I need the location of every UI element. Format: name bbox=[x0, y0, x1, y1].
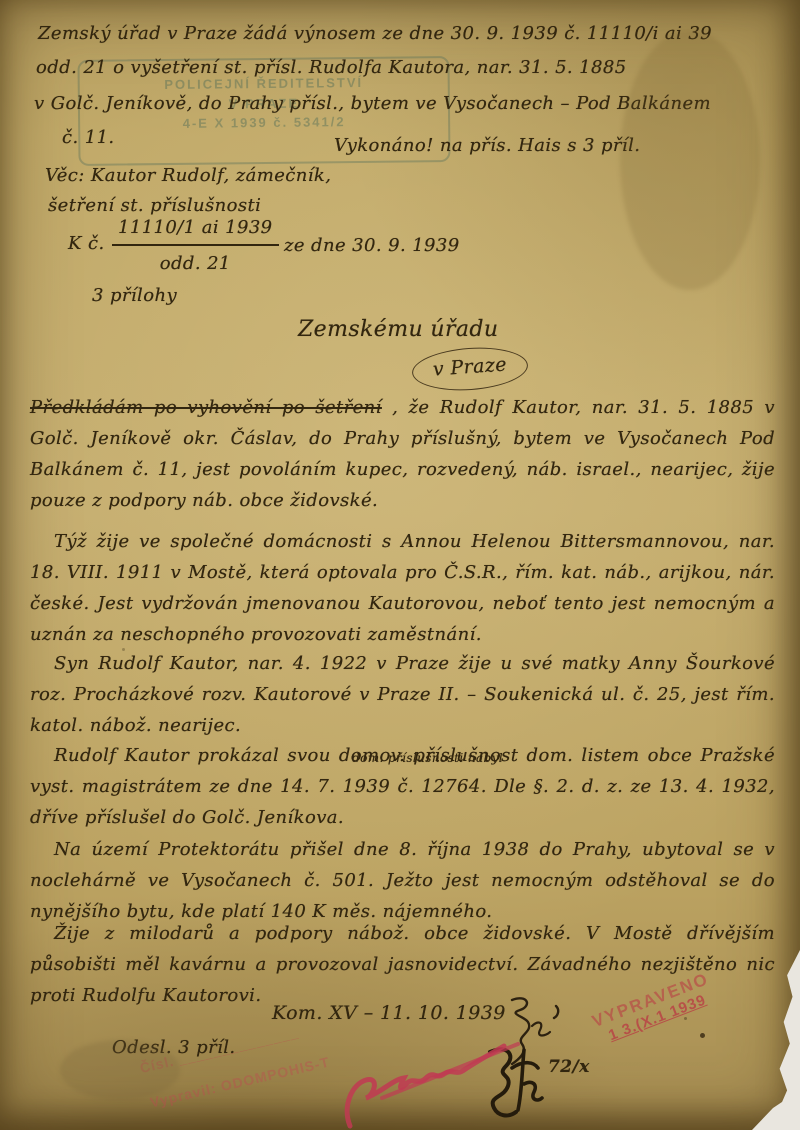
file-number-date: ze dne 30. 9. 1939 bbox=[284, 230, 460, 261]
document-page: POLICEJNÍ ŘEDITELSTVÍ V PRAZE 4-E X 1939… bbox=[0, 0, 800, 1130]
addressee-city-circle: v Praze bbox=[411, 344, 530, 394]
paper-speck bbox=[122, 648, 125, 651]
file-number-fraction: 11110/1 ai 1939 odd. 21 bbox=[112, 212, 279, 279]
header-note: Vykonáno! na přís. Hais s 3 příl. bbox=[334, 130, 640, 161]
file-number-numerator: 11110/1 ai 1939 bbox=[112, 212, 279, 246]
header-line-1: Zemský úřad v Praze žádá výnosem ze dne … bbox=[38, 18, 712, 49]
paragraph-1: Předkládám po vyhovění po šetření , že R… bbox=[30, 392, 775, 516]
monogram-number: 72/x bbox=[548, 1052, 590, 1083]
subject-line: Věc: Kautor Rudolf, zámečník, bbox=[45, 160, 331, 191]
paper-shading bbox=[620, 30, 760, 290]
attachments-note: 3 přílohy bbox=[92, 280, 177, 311]
red-pencil-signature bbox=[322, 1022, 532, 1130]
paper-speck bbox=[700, 1033, 705, 1038]
paragraph-3: Syn Rudolf Kautor, nar. 4. 1922 v Praze … bbox=[30, 648, 775, 741]
paragraph-5: Na území Protektorátu přišel dne 8. říjn… bbox=[30, 834, 775, 927]
paragraph-2: Týž žije ve společné domácnosti s Annou … bbox=[30, 526, 775, 650]
header-line-4: č. 11. bbox=[62, 122, 115, 153]
addressee: Zemskému úřadu bbox=[298, 314, 499, 345]
header-line-3: v Golč. Jeníkově, do Prahy přísl., bytem… bbox=[34, 88, 711, 119]
paper-speck bbox=[684, 1017, 687, 1020]
header-line-2: odd. 21 o vyšetření st. přísl. Rudolfa K… bbox=[36, 52, 627, 83]
torn-corner bbox=[740, 1090, 800, 1130]
file-number-prefix: K č. bbox=[68, 228, 105, 259]
struck-text: Předkládám po vyhovění po šetření bbox=[30, 397, 382, 418]
interline-insertion: dom. příslušnosti nabyl bbox=[352, 752, 503, 764]
paper-smudge bbox=[60, 1040, 180, 1100]
addressee-city: v Praze bbox=[432, 353, 507, 380]
file-number-denominator: odd. 21 bbox=[112, 246, 279, 279]
